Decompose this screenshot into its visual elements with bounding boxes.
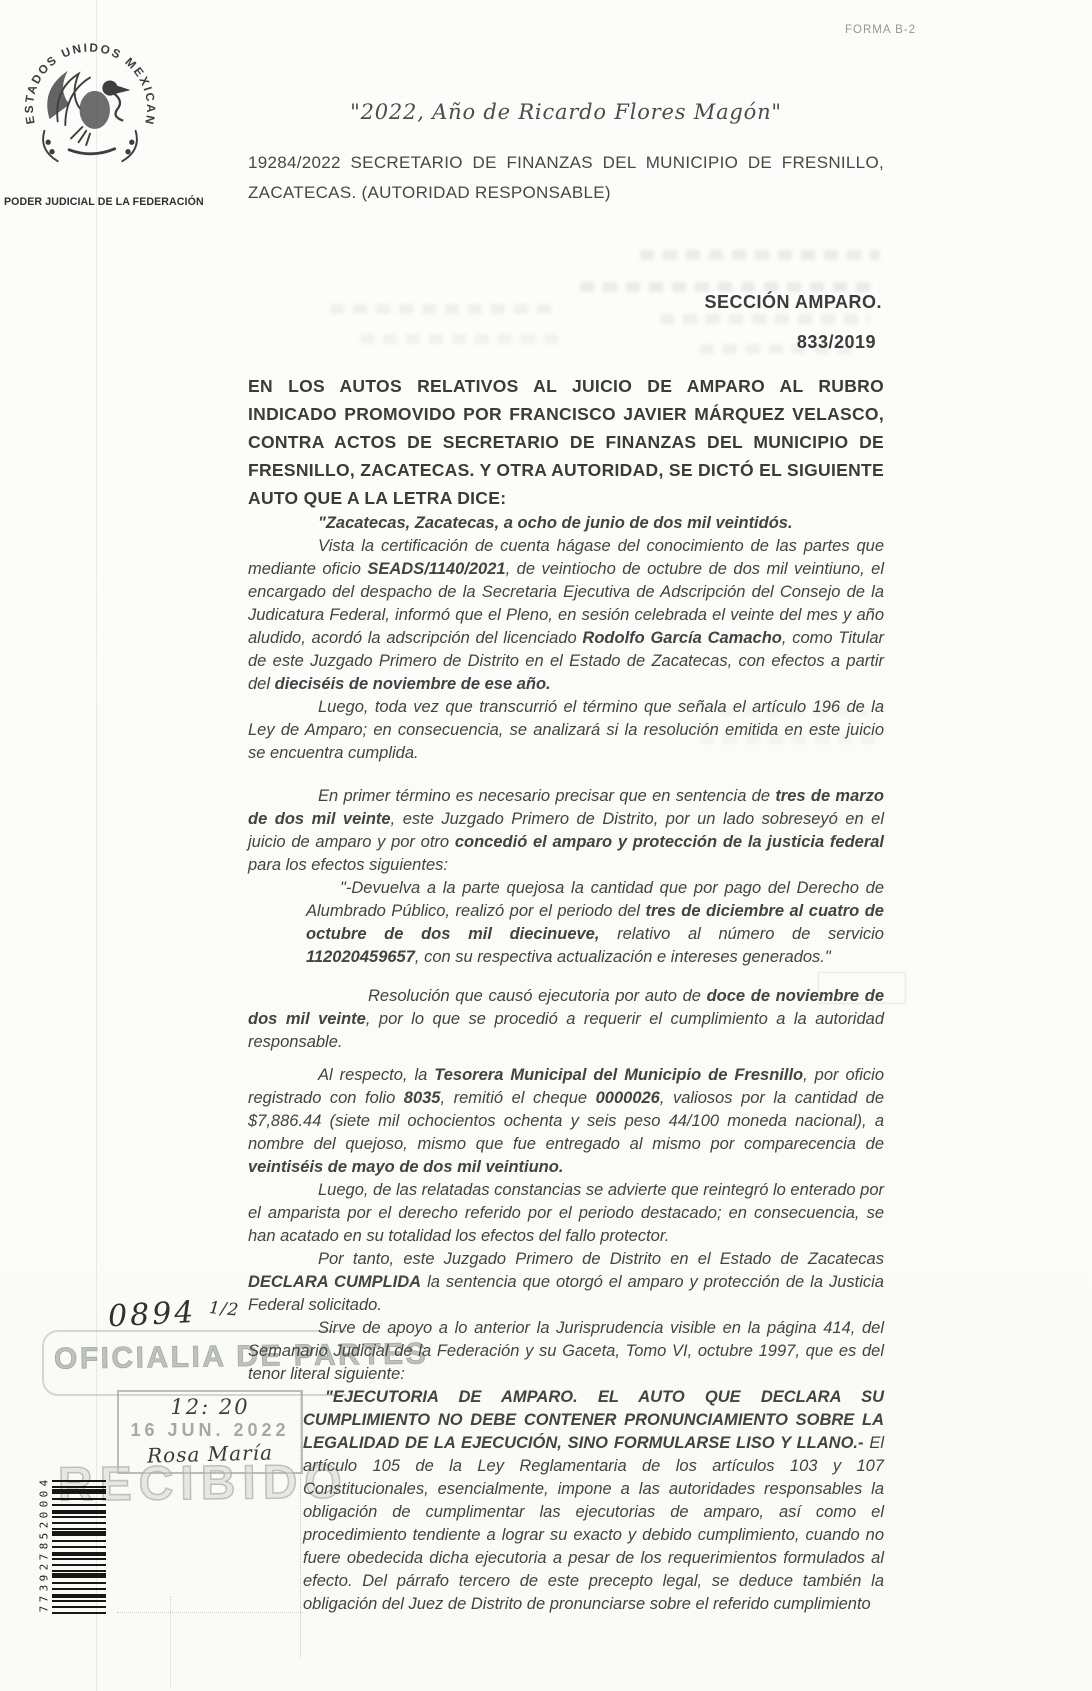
- body-paragraph: En primer término es necesario precisar …: [248, 785, 884, 877]
- body-paragraph: "EJECUTORIA DE AMPARO. EL AUTO QUE DECLA…: [303, 1386, 884, 1616]
- body-paragraph: Al respecto, la Tesorera Municipal del M…: [248, 1064, 884, 1179]
- bleed-through: [660, 314, 870, 324]
- year-legend: "2022, Año de Ricardo Flores Magón": [248, 100, 884, 124]
- intro-paragraph: EN LOS AUTOS RELATIVOS AL JUICIO DE AMPA…: [248, 372, 884, 512]
- folio-fraction: 1/2: [208, 1298, 240, 1321]
- body-paragraph: "Zacatecas, Zacatecas, a ocho de junio d…: [248, 512, 884, 535]
- barcode-number: 4000258729377: [36, 1478, 52, 1614]
- fold-line: [96, 0, 97, 1691]
- eagle-emblem-icon: [43, 74, 137, 161]
- body-paragraph: Vista la certificación de cuenta hágase …: [248, 535, 884, 696]
- body-paragraph: Luego, toda vez que transcurrió el térmi…: [248, 696, 884, 765]
- bleed-through: [580, 282, 880, 292]
- body-paragraph: Sirve de apoyo a lo anterior la Jurispru…: [248, 1317, 884, 1386]
- folio-number: 0894: [107, 1295, 197, 1335]
- institution-name: PODER JUDICIAL DE LA FEDERACIÓN: [4, 196, 192, 208]
- stamp-edge-line: [170, 1596, 171, 1688]
- barcode-bars: [52, 1480, 106, 1614]
- folio-handwritten: 0894 1/2: [107, 1293, 240, 1335]
- body-paragraph: "-Devuelva a la parte quejosa la cantida…: [306, 877, 884, 969]
- document-page: FORMA B-2 ESTADOS UNIDOS MEXICANOS PODER…: [0, 0, 1092, 1691]
- form-code-label: FORMA B-2: [845, 24, 916, 36]
- barcode: 4000258729377: [36, 1478, 110, 1616]
- case-addressee: 19284/2022 SECRETARIO DE FINANZAS DEL MU…: [248, 148, 884, 208]
- body-paragraph: Luego, de las relatadas constancias se a…: [248, 1179, 884, 1248]
- bleed-through: [640, 250, 880, 260]
- case-number: 833/2019: [248, 332, 876, 353]
- body-paragraph: Por tanto, este Juzgado Primero de Distr…: [248, 1248, 884, 1317]
- national-seal: ESTADOS UNIDOS MEXICANOS: [14, 28, 166, 188]
- body-paragraph: Resolución que causó ejecutoria por auto…: [248, 985, 884, 1054]
- document-body: "Zacatecas, Zacatecas, a ocho de junio d…: [248, 512, 884, 1616]
- section-label: SECCIÓN AMPARO.: [248, 292, 882, 313]
